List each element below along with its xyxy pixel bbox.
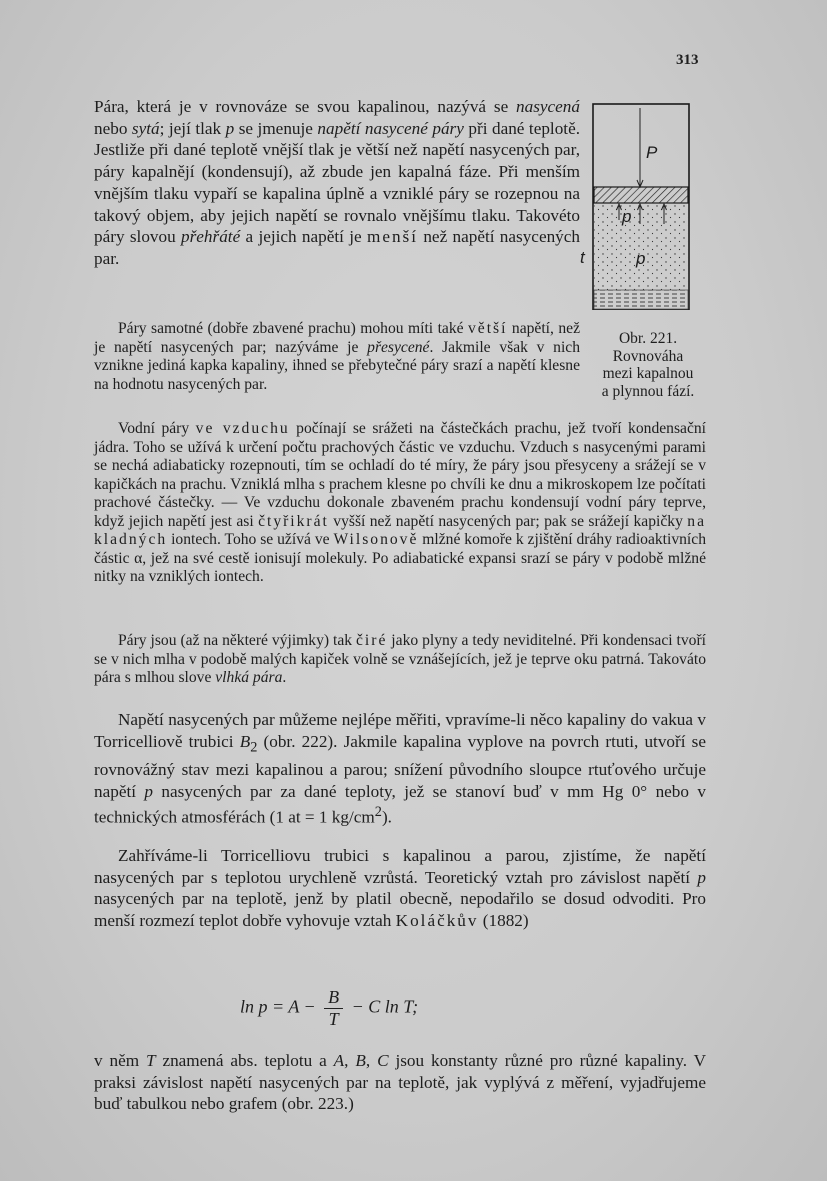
formula-denominator: T [324,1009,343,1030]
figure-221-piston-cylinder: P p p [592,100,692,310]
caption-line: mezi kapalnou [578,365,718,383]
formula-fraction: B T [324,987,343,1030]
caption-line: Rovnováha [578,348,718,366]
formula-rhs: − C ln T; [352,997,419,1017]
paragraph-torricelli-measurement: Napětí nasycených par můžeme nejlépe měř… [94,709,706,829]
formula-lhs: ln p = A − [240,997,316,1017]
vapor-region [594,204,688,290]
label-temperature: t [580,248,585,268]
caption-line: Obr. 221. [578,330,718,348]
liquid-layer [594,290,688,309]
caption-line: a plynnou fází. [578,383,718,401]
figure-221-caption: Obr. 221. Rovnováha mezi kapalnou a plyn… [578,330,718,400]
paragraph-temperature-dependence: Zahříváme-li Torricelliovu trubici s kap… [94,845,706,932]
paragraph-supersaturated: Páry samotné (dobře zbavené prachu) moho… [94,320,580,394]
label-vapor-pressure: p [635,249,645,268]
book-page: 313 Pára, která je v rovnováze se svou k… [0,0,827,1181]
kolacek-formula: ln p = A − B T − C ln T; [240,965,600,1045]
page-number: 313 [676,52,699,69]
formula-numerator: B [324,987,343,1009]
label-external-pressure: P [646,143,658,162]
paragraph-wet-vapor: Páry jsou (až na některé výjimky) tak či… [94,632,706,688]
label-vapor-pressure-arrow: p [621,207,631,226]
paragraph-water-vapor-air: Vodní páry ve vzduchu počínají se srážet… [94,420,706,587]
piston [594,187,688,203]
paragraph-constants: v něm T znamená abs. teplotu a A, B, C j… [94,1050,706,1115]
paragraph-saturated-vapor: Pára, která je v rovnováze se svou kapal… [94,96,580,270]
